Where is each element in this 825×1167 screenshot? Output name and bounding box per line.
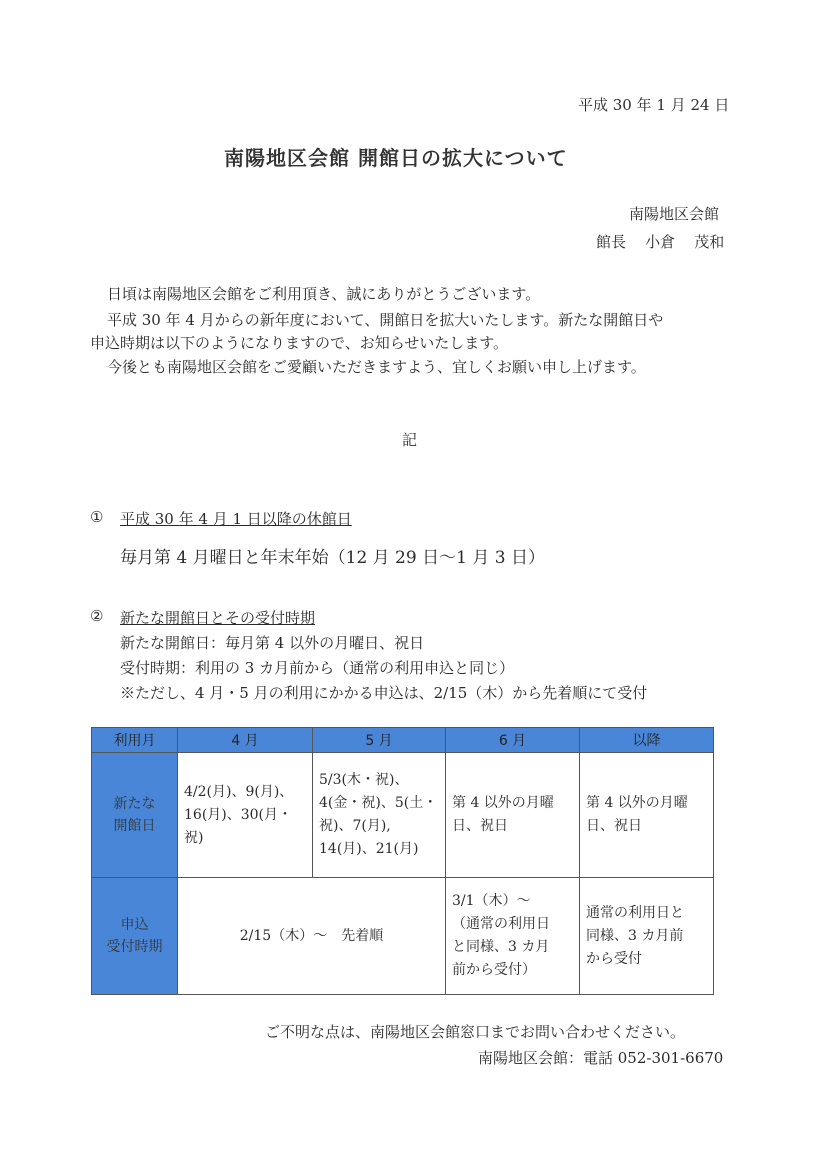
cell-line: と同様、3 カ月 bbox=[452, 936, 573, 959]
cell-line: 第 4 以外の月曜 bbox=[452, 792, 573, 815]
section-2-number: ② bbox=[90, 607, 103, 625]
cell-line: 3/1（木）～ bbox=[452, 890, 573, 913]
table-cell-after: 通常の利用日と 同様、3 カ月前 から受付 bbox=[580, 878, 714, 995]
issuer-director: 館長 小倉 茂和 bbox=[596, 231, 724, 252]
section-1-heading: 平成 30 年 4 月 1 日以降の休館日 bbox=[120, 508, 352, 529]
section-2-line-1: 新たな開館日：毎月第 4 以外の月曜日、祝日 bbox=[120, 632, 424, 653]
table-cell-june: 3/1（木）～ （通常の利用日 と同様、3 カ月 前から受付） bbox=[446, 878, 580, 995]
schedule-table: 利用月 4 月 5 月 6 月 以降 新たな 開館日 4/2(月)、9(月)、 … bbox=[91, 727, 714, 995]
greeting-line-2: 平成 30 年 4 月からの新年度において、開館日を拡大いたします。新たな開館日… bbox=[107, 309, 663, 330]
director-title: 館長 bbox=[596, 231, 626, 252]
column-header: 5 月 bbox=[313, 728, 446, 753]
column-header: 4 月 bbox=[178, 728, 313, 753]
footer-inquiry: ご不明な点は、南陽地区会館窓口までお問い合わせください。 bbox=[265, 1021, 685, 1042]
table-cell-after: 第 4 以外の月曜 日、祝日 bbox=[580, 753, 714, 878]
row-header-line: 受付時期 bbox=[92, 936, 177, 958]
cell-line: 第 4 以外の月曜 bbox=[586, 792, 707, 815]
cell-line: 4(金・祝)、5(土・ bbox=[319, 792, 439, 815]
table-cell-june: 第 4 以外の月曜 日、祝日 bbox=[446, 753, 580, 878]
cell-line: 4/2(月)、9(月)、 bbox=[184, 781, 306, 804]
cell-line: 5/3(木・祝)、 bbox=[319, 769, 439, 792]
section-2-heading: 新たな開館日とその受付時期 bbox=[120, 607, 315, 628]
row-header-line: 新たな bbox=[92, 793, 177, 815]
cell-line: 14(月)、21(月) bbox=[319, 838, 439, 861]
document-date: 平成 30 年 1 月 24 日 bbox=[578, 94, 729, 115]
cell-line: 前から受付） bbox=[452, 959, 573, 982]
section-2-line-2: 受付時期：利用の 3 カ月前から（通常の利用申込と同じ） bbox=[120, 657, 514, 678]
cell-line: 日、祝日 bbox=[452, 815, 573, 838]
greeting-line-1: 日頃は南陽地区会館をご利用頂き、誠にありがとうございます。 bbox=[107, 283, 540, 304]
column-header: 6 月 bbox=[446, 728, 580, 753]
table-cell-april: 4/2(月)、9(月)、 16(月)、30(月・ 祝) bbox=[178, 753, 313, 878]
cell-line: から受付 bbox=[586, 948, 707, 971]
cell-line: 祝)、7(月), bbox=[319, 815, 439, 838]
section-2-line-3: ※ただし、4 月・5 月の利用にかかる申込は、2/15（木）から先着順にて受付 bbox=[120, 682, 647, 703]
footer-contact-phone: 南陽地区会館：電話 052-301-6670 bbox=[478, 1047, 723, 1068]
cell-line: 通常の利用日と bbox=[586, 902, 707, 925]
column-header: 利用月 bbox=[92, 728, 178, 753]
issuer-organization: 南陽地区会館 bbox=[629, 203, 719, 224]
cell-line: 同様、3 カ月前 bbox=[586, 925, 707, 948]
cell-line: 日、祝日 bbox=[586, 815, 707, 838]
notation-ki: 記 bbox=[402, 429, 417, 450]
table-cell-april-may-merged: 2/15（木）～ 先着順 bbox=[178, 878, 446, 995]
table-row-application-period: 申込 受付時期 2/15（木）～ 先着順 3/1（木）～ （通常の利用日 と同様… bbox=[92, 878, 714, 995]
row-header: 申込 受付時期 bbox=[92, 878, 178, 995]
greeting-line-3: 申込時期は以下のようになりますので、お知らせいたします。 bbox=[90, 332, 508, 353]
table-header-row: 利用月 4 月 5 月 6 月 以降 bbox=[92, 728, 714, 753]
greeting-line-4: 今後とも南陽地区会館をご愛顧いただきますよう、宜しくお願い申し上げます。 bbox=[107, 356, 646, 377]
table-cell-may: 5/3(木・祝)、 4(金・祝)、5(土・ 祝)、7(月), 14(月)、21(… bbox=[313, 753, 446, 878]
section-1-number: ① bbox=[90, 508, 103, 526]
cell-line: 16(月)、30(月・ bbox=[184, 804, 306, 827]
row-header-line: 申込 bbox=[92, 914, 177, 936]
table-row-new-open-days: 新たな 開館日 4/2(月)、9(月)、 16(月)、30(月・ 祝) 5/3(… bbox=[92, 753, 714, 878]
section-1-content: 毎月第 4 月曜日と年末年始（12 月 29 日～1 月 3 日） bbox=[120, 543, 545, 568]
column-header: 以降 bbox=[580, 728, 714, 753]
cell-line: 祝) bbox=[184, 827, 306, 850]
cell-line: （通常の利用日 bbox=[452, 913, 573, 936]
director-surname: 小倉 bbox=[645, 231, 675, 252]
director-given-name: 茂和 bbox=[694, 231, 724, 252]
document-title: 南陽地区会館 開館日の拡大について bbox=[224, 142, 568, 171]
row-header: 新たな 開館日 bbox=[92, 753, 178, 878]
row-header-line: 開館日 bbox=[92, 815, 177, 837]
